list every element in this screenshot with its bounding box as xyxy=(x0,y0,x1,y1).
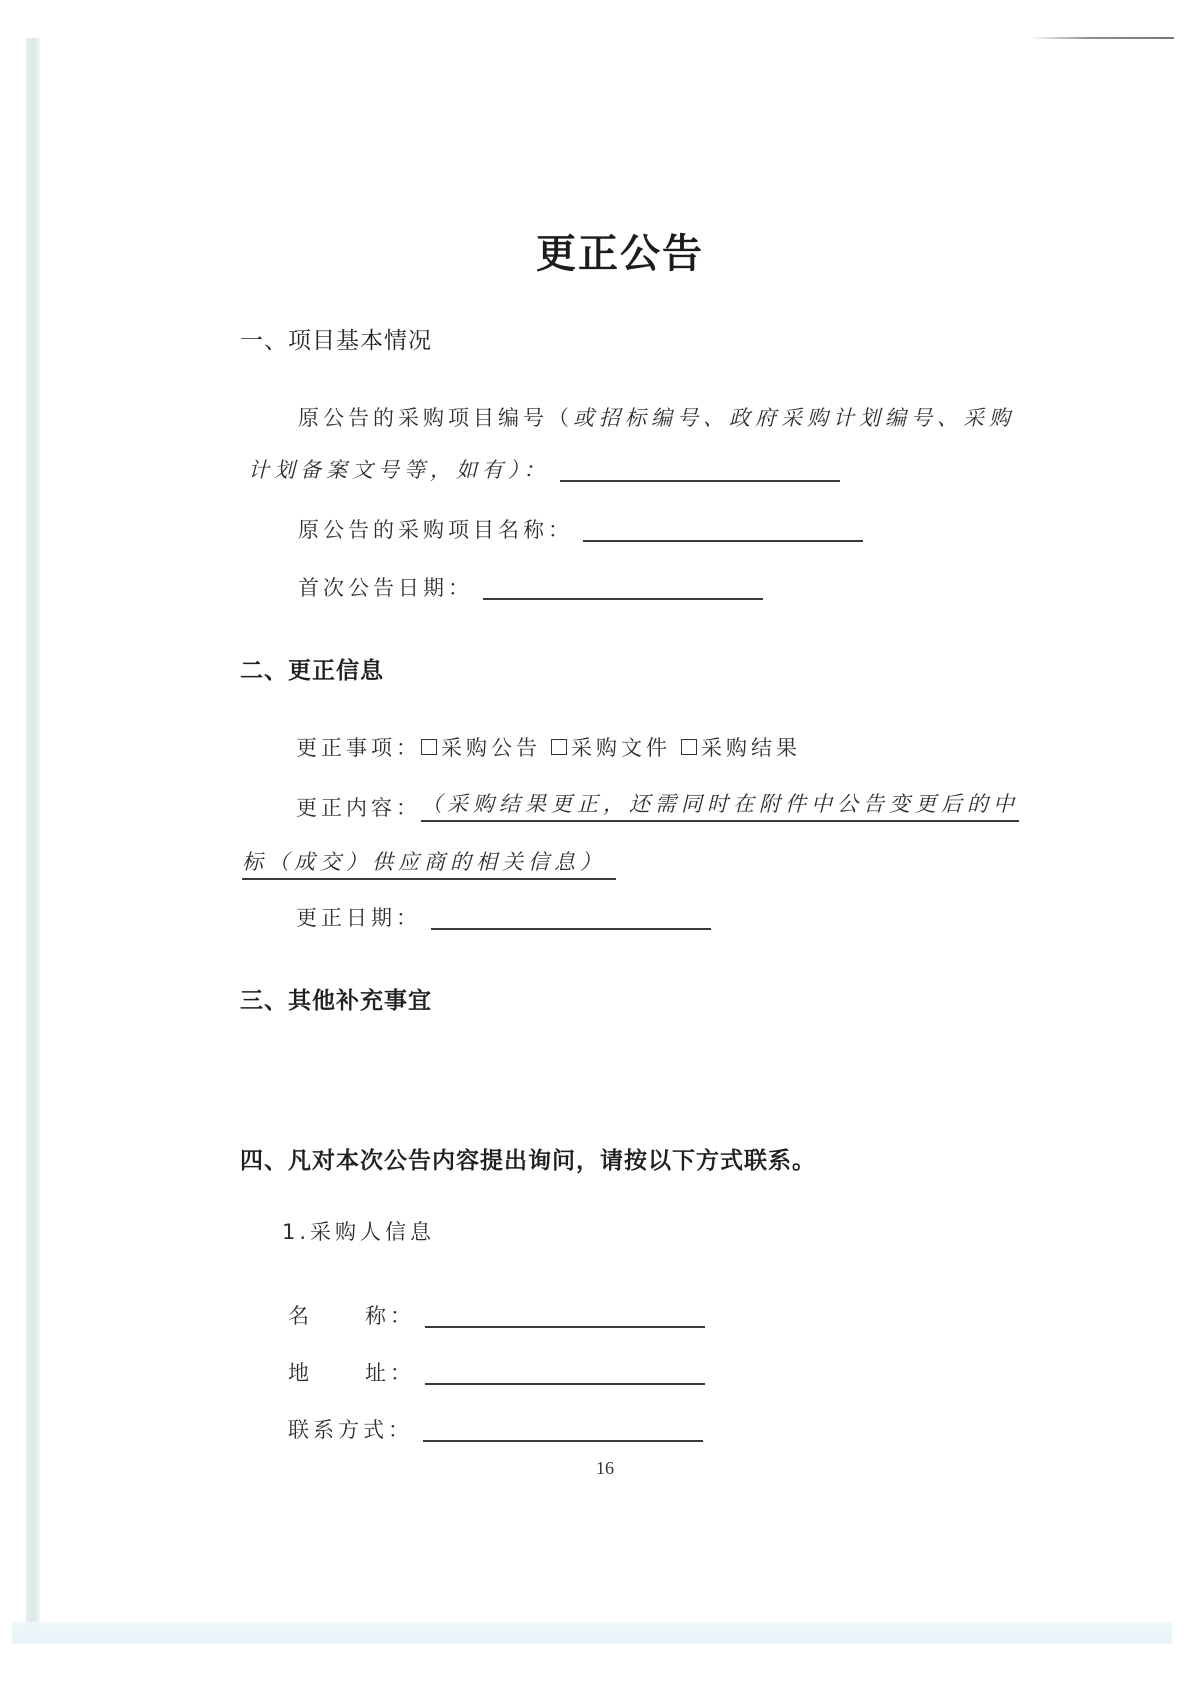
section-3-heading: 三、其他补充事宜 xyxy=(240,982,432,1015)
purchaser-address-label: 地址： xyxy=(288,1357,415,1387)
option-procurement-results[interactable]: 采购结果 xyxy=(681,732,801,762)
project-number-line-2: 计划备案文号等，如有）： xyxy=(248,454,840,484)
section-4-heading: 四、凡对本次公告内容提出询问，请按以下方式联系。 xyxy=(240,1142,816,1175)
purchaser-contact-field[interactable] xyxy=(423,1440,703,1442)
option-procurement-announcement[interactable]: 采购公告 xyxy=(421,732,541,762)
project-number-line-1: 原公告的采购项目编号（或招标编号、政府采购计划编号、采购 xyxy=(298,402,1015,432)
purchaser-address-field[interactable] xyxy=(425,1383,705,1385)
project-name-label: 原公告的采购项目名称： xyxy=(298,514,573,544)
first-announcement-date-line: 首次公告日期： xyxy=(298,572,763,602)
checkbox-icon[interactable] xyxy=(681,739,697,755)
correction-date-line: 更正日期： xyxy=(296,902,711,932)
option-procurement-documents[interactable]: 采购文件 xyxy=(551,732,671,762)
first-announcement-date-label: 首次公告日期： xyxy=(298,572,473,602)
purchaser-contact-line: 联系方式： xyxy=(288,1414,703,1444)
correction-date-label: 更正日期： xyxy=(296,902,421,932)
purchaser-name-label: 名称： xyxy=(288,1300,415,1330)
purchaser-name-line: 名称： xyxy=(288,1300,705,1330)
project-number-hint-cont: 计划备案文号等，如有）： xyxy=(248,454,550,484)
correction-content-line-1: 更正内容：（采购结果更正，还需同时在附件中公告变更后的中 xyxy=(296,788,1019,822)
correction-date-field[interactable] xyxy=(431,928,711,930)
document-title: 更正公告 xyxy=(0,222,1190,279)
project-number-field[interactable] xyxy=(560,480,840,482)
correction-items-line: 更正事项： 采购公告 采购文件 采购结果 xyxy=(296,732,811,762)
project-name-field[interactable] xyxy=(583,540,863,542)
section-1-heading: 一、项目基本情况 xyxy=(240,322,432,355)
section-2-heading: 二、更正信息 xyxy=(240,652,384,685)
project-name-line: 原公告的采购项目名称： xyxy=(298,514,863,544)
correction-content-hint[interactable]: （采购结果更正，还需同时在附件中公告变更后的中 xyxy=(421,788,1019,822)
project-number-label: 原公告的采购项目编号（ xyxy=(298,402,573,432)
document-page: 更正公告 一、项目基本情况 原公告的采购项目编号（或招标编号、政府采购计划编号、… xyxy=(0,0,1190,1684)
purchaser-name-field[interactable] xyxy=(425,1326,705,1328)
purchaser-address-line: 地址： xyxy=(288,1357,705,1387)
correction-content-label: 更正内容： xyxy=(296,792,421,822)
first-announcement-date-field[interactable] xyxy=(483,598,763,600)
checkbox-icon[interactable] xyxy=(421,739,437,755)
purchaser-info-heading: 1.采购人信息 xyxy=(282,1216,435,1246)
correction-content-line-2: 标（成交）供应商的相关信息） xyxy=(242,846,616,880)
project-number-hint: 或招标编号、政府采购计划编号、采购 xyxy=(573,402,1015,432)
page-number: 16 xyxy=(596,1458,614,1479)
checkbox-icon[interactable] xyxy=(551,739,567,755)
correction-content-hint-cont[interactable]: 标（成交）供应商的相关信息） xyxy=(242,846,616,880)
correction-items-label: 更正事项： xyxy=(296,732,421,762)
purchaser-contact-label: 联系方式： xyxy=(288,1414,413,1444)
